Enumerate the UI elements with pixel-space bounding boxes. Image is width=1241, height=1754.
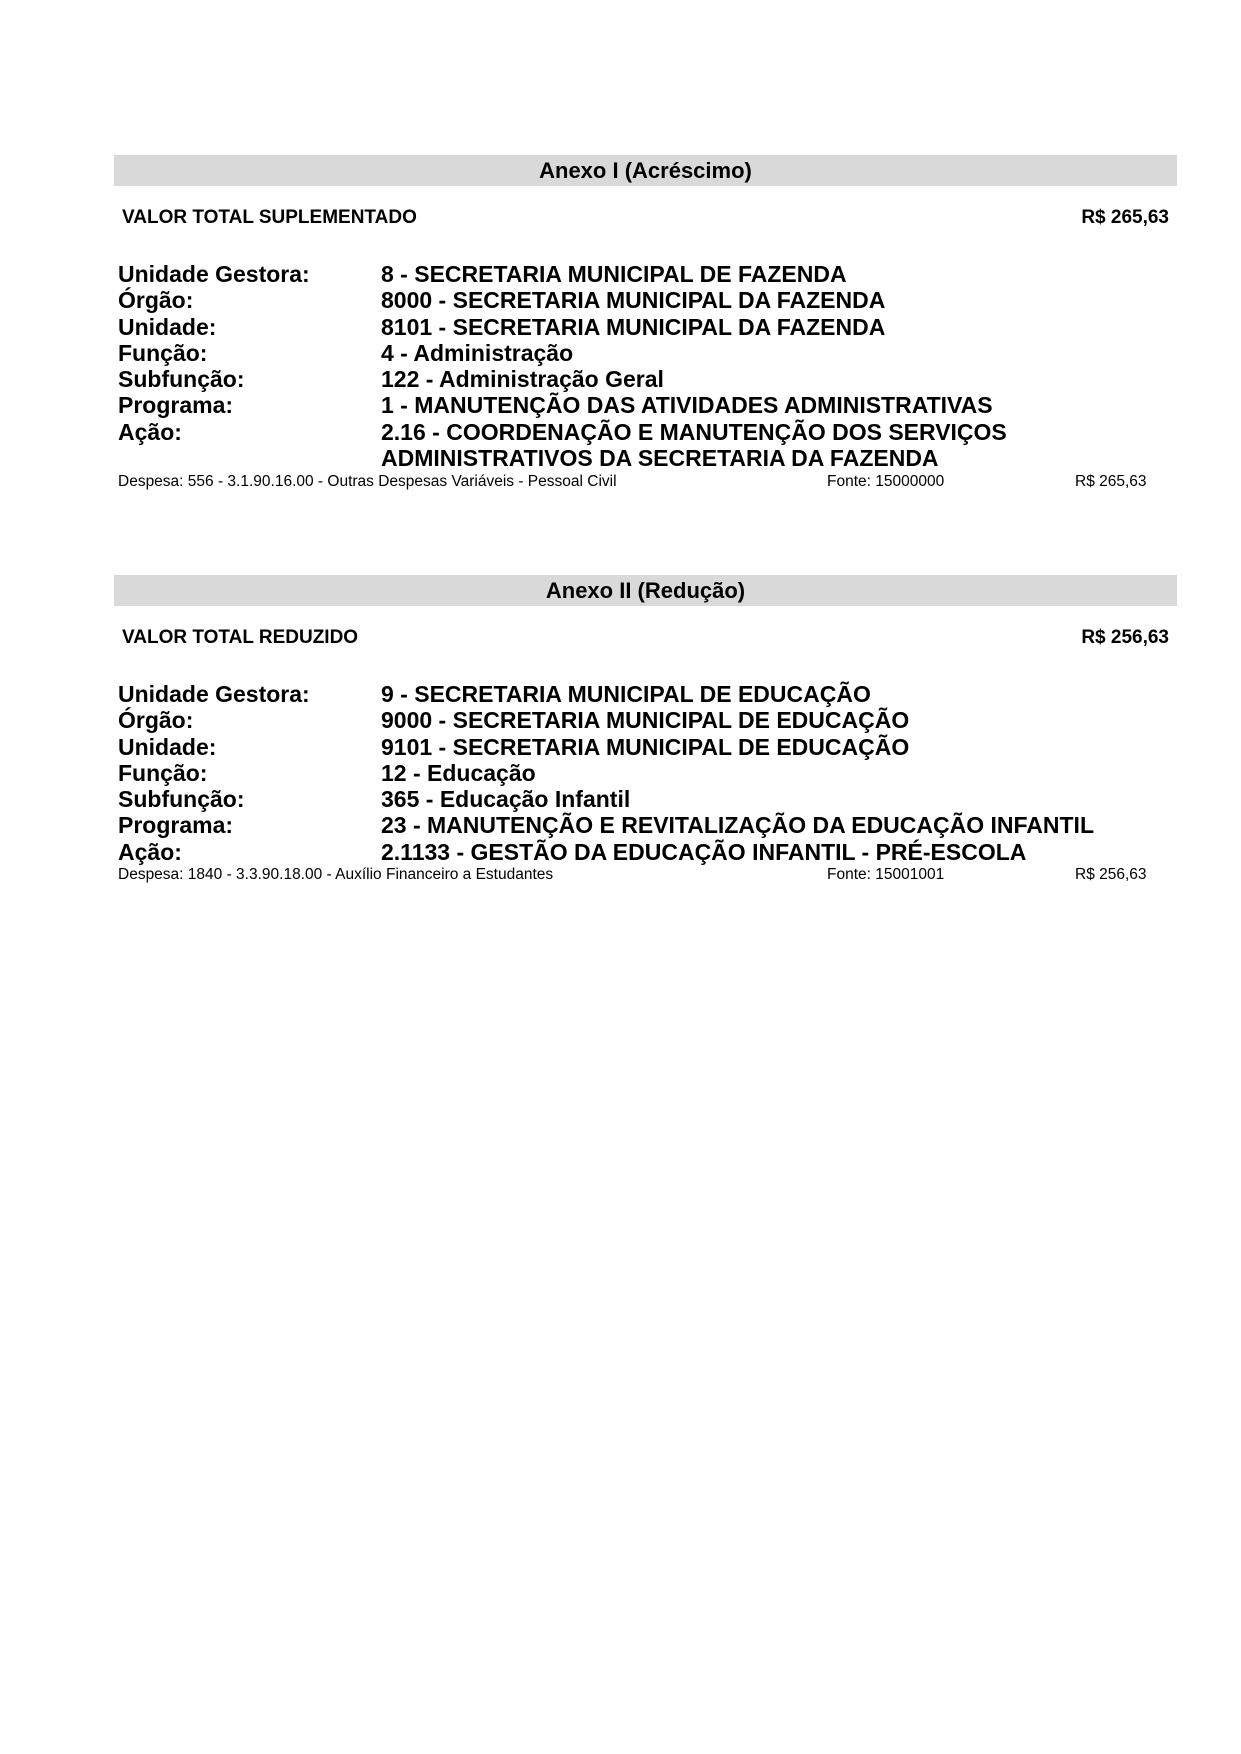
- annex-2-total-value: R$ 256,63: [1081, 626, 1169, 650]
- field-label: Órgão:: [118, 287, 381, 313]
- field-label: Unidade Gestora:: [118, 681, 381, 707]
- field-value: 122 - Administração Geral: [381, 366, 1178, 392]
- field-unidade-gestora: Unidade Gestora: 8 - SECRETARIA MUNICIPA…: [118, 261, 1178, 287]
- field-value: 8000 - SECRETARIA MUNICIPAL DA FAZENDA: [381, 287, 1178, 313]
- despesa-description: Despesa: 556 - 3.1.90.16.00 - Outras Des…: [118, 473, 617, 491]
- annex-1-total-value: R$ 265,63: [1081, 206, 1169, 230]
- field-value: 9000 - SECRETARIA MUNICIPAL DE EDUCAÇÃO: [381, 707, 1178, 733]
- field-orgao: Órgão: 9000 - SECRETARIA MUNICIPAL DE ED…: [118, 707, 1178, 733]
- annex-1-total-label: VALOR TOTAL SUPLEMENTADO: [122, 206, 417, 230]
- annex-1-total-row: VALOR TOTAL SUPLEMENTADO R$ 265,63: [122, 206, 1169, 230]
- annex-1-title: Anexo I (Acréscimo): [114, 155, 1177, 186]
- despesa-value: R$ 256,63: [1075, 866, 1147, 884]
- field-label: Função:: [118, 760, 381, 786]
- field-value: 9 - SECRETARIA MUNICIPAL DE EDUCAÇÃO: [381, 681, 1178, 707]
- field-unidade-gestora: Unidade Gestora: 9 - SECRETARIA MUNICIPA…: [118, 681, 1178, 707]
- field-label: Programa:: [118, 812, 381, 838]
- field-unidade: Unidade: 9101 - SECRETARIA MUNICIPAL DE …: [118, 734, 1178, 760]
- annex-1-fields: Unidade Gestora: 8 - SECRETARIA MUNICIPA…: [118, 261, 1178, 471]
- field-label: Função:: [118, 340, 381, 366]
- field-label: Subfunção:: [118, 366, 381, 392]
- field-value: 1 - MANUTENÇÃO DAS ATIVIDADES ADMINISTRA…: [381, 392, 1178, 418]
- field-value: 2.1133 - GESTÃO DA EDUCAÇÃO INFANTIL - P…: [381, 839, 1178, 865]
- field-orgao: Órgão: 8000 - SECRETARIA MUNICIPAL DA FA…: [118, 287, 1178, 313]
- field-label: Ação:: [118, 839, 381, 865]
- field-label: Unidade:: [118, 734, 381, 760]
- field-acao: Ação: 2.1133 - GESTÃO DA EDUCAÇÃO INFANT…: [118, 839, 1178, 865]
- field-label: Órgão:: [118, 707, 381, 733]
- field-value: 365 - Educação Infantil: [381, 786, 1178, 812]
- field-subfuncao: Subfunção: 122 - Administração Geral: [118, 366, 1178, 392]
- field-value: 12 - Educação: [381, 760, 1178, 786]
- field-value: 9101 - SECRETARIA MUNICIPAL DE EDUCAÇÃO: [381, 734, 1178, 760]
- field-label: Unidade Gestora:: [118, 261, 381, 287]
- field-value: 8 - SECRETARIA MUNICIPAL DE FAZENDA: [381, 261, 1178, 287]
- field-funcao: Função: 12 - Educação: [118, 760, 1178, 786]
- despesa-description: Despesa: 1840 - 3.3.90.18.00 - Auxílio F…: [118, 866, 553, 884]
- annex-2-title: Anexo II (Redução): [114, 575, 1177, 606]
- field-value: 8101 - SECRETARIA MUNICIPAL DA FAZENDA: [381, 314, 1178, 340]
- field-value: 4 - Administração: [381, 340, 1178, 366]
- despesa-value: R$ 265,63: [1075, 473, 1147, 491]
- field-label: Unidade:: [118, 314, 381, 340]
- field-label: Subfunção:: [118, 786, 381, 812]
- field-value: 2.16 - COORDENAÇÃO E MANUTENÇÃO DOS SERV…: [381, 419, 1021, 472]
- field-programa: Programa: 23 - MANUTENÇÃO E REVITALIZAÇÃ…: [118, 812, 1178, 838]
- field-label: Ação:: [118, 419, 381, 472]
- field-value: 23 - MANUTENÇÃO E REVITALIZAÇÃO DA EDUCA…: [381, 812, 1178, 838]
- annex-2-fields: Unidade Gestora: 9 - SECRETARIA MUNICIPA…: [118, 681, 1178, 865]
- annex-2-total-label: VALOR TOTAL REDUZIDO: [122, 626, 358, 650]
- field-label: Programa:: [118, 392, 381, 418]
- field-acao: Ação: 2.16 - COORDENAÇÃO E MANUTENÇÃO DO…: [118, 419, 1178, 472]
- field-unidade: Unidade: 8101 - SECRETARIA MUNICIPAL DA …: [118, 314, 1178, 340]
- field-funcao: Função: 4 - Administração: [118, 340, 1178, 366]
- despesa-fonte: Fonte: 15000000: [827, 473, 944, 491]
- despesa-fonte: Fonte: 15001001: [827, 866, 944, 884]
- annex-2-total-row: VALOR TOTAL REDUZIDO R$ 256,63: [122, 626, 1169, 650]
- field-programa: Programa: 1 - MANUTENÇÃO DAS ATIVIDADES …: [118, 392, 1178, 418]
- field-subfuncao: Subfunção: 365 - Educação Infantil: [118, 786, 1178, 812]
